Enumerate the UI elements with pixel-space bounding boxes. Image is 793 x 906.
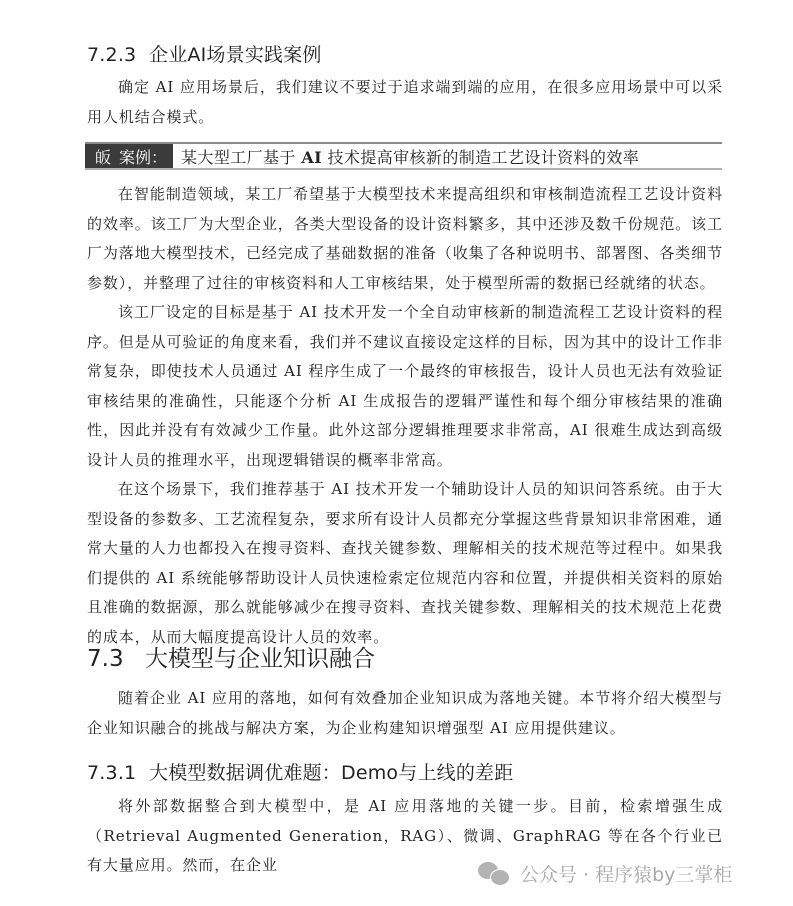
case-banner: 皈 案例： 某大型工厂基于 AI 技术提高审核新的制造工艺设计资料的效率 bbox=[85, 142, 722, 170]
case-label: 皈 案例： bbox=[85, 144, 173, 168]
case-paragraphs: 在智能制造领域，某工厂希望基于大模型技术来提高组织和审核制造流程工艺设计资料的效… bbox=[87, 180, 723, 652]
case-label-text: 案例： bbox=[119, 145, 167, 168]
case-icon: 皈 bbox=[95, 145, 111, 168]
section-title: 大模型数据调优难题：Demo与上线的差距 bbox=[149, 762, 513, 784]
heading-7-2-3: 7.2.3企业AI场景实践案例 bbox=[87, 40, 322, 67]
paragraph: 在这个场景下，我们推荐基于 AI 技术开发一个辅助设计人员的知识问答系统。由于大… bbox=[87, 475, 723, 652]
case-title: 某大型工厂基于 AI 技术提高审核新的制造工艺设计资料的效率 bbox=[173, 145, 639, 168]
section-number: 7.2.3 bbox=[87, 44, 149, 66]
paragraph: 确定 AI 应用场景后，我们建议不要过于追求端到端的应用，在很多应用场景中可以采… bbox=[87, 73, 723, 132]
section-title: 企业AI场景实践案例 bbox=[149, 44, 322, 66]
document-page: 7.2.3企业AI场景实践案例 确定 AI 应用场景后，我们建议不要过于追求端到… bbox=[0, 0, 793, 906]
watermark-text: 公众号 · 程序猿by三掌柜 bbox=[520, 860, 732, 887]
heading-7-3-1: 7.3.1大模型数据调优难题：Demo与上线的差距 bbox=[87, 758, 513, 785]
paragraph-7-3-intro: 随着企业 AI 应用的落地，如何有效叠加企业知识成为落地关键。本节将介绍大模型与… bbox=[87, 684, 723, 743]
case-title-suffix: 技术提高审核新的制造工艺设计资料的效率 bbox=[322, 148, 639, 167]
case-title-bold: AI bbox=[301, 148, 322, 167]
watermark: 公众号 · 程序猿by三掌柜 bbox=[478, 860, 732, 887]
section-number: 7.3 bbox=[87, 646, 145, 672]
case-title-prefix: 某大型工厂基于 bbox=[181, 148, 301, 167]
heading-7-3: 7.3大模型与企业知识融合 bbox=[87, 640, 375, 673]
paragraph: 随着企业 AI 应用的落地，如何有效叠加企业知识成为落地关键。本节将介绍大模型与… bbox=[87, 684, 723, 743]
section-title: 大模型与企业知识融合 bbox=[145, 646, 375, 672]
paragraph-7-2-3-intro: 确定 AI 应用场景后，我们建议不要过于追求端到端的应用，在很多应用场景中可以采… bbox=[87, 73, 723, 132]
wechat-icon bbox=[478, 862, 512, 886]
paragraph: 在智能制造领域，某工厂希望基于大模型技术来提高组织和审核制造流程工艺设计资料的效… bbox=[87, 180, 723, 298]
paragraph: 该工厂设定的目标是基于 AI 技术开发一个全自动审核新的制造流程工艺设计资料的程… bbox=[87, 298, 723, 475]
section-number: 7.3.1 bbox=[87, 762, 149, 784]
